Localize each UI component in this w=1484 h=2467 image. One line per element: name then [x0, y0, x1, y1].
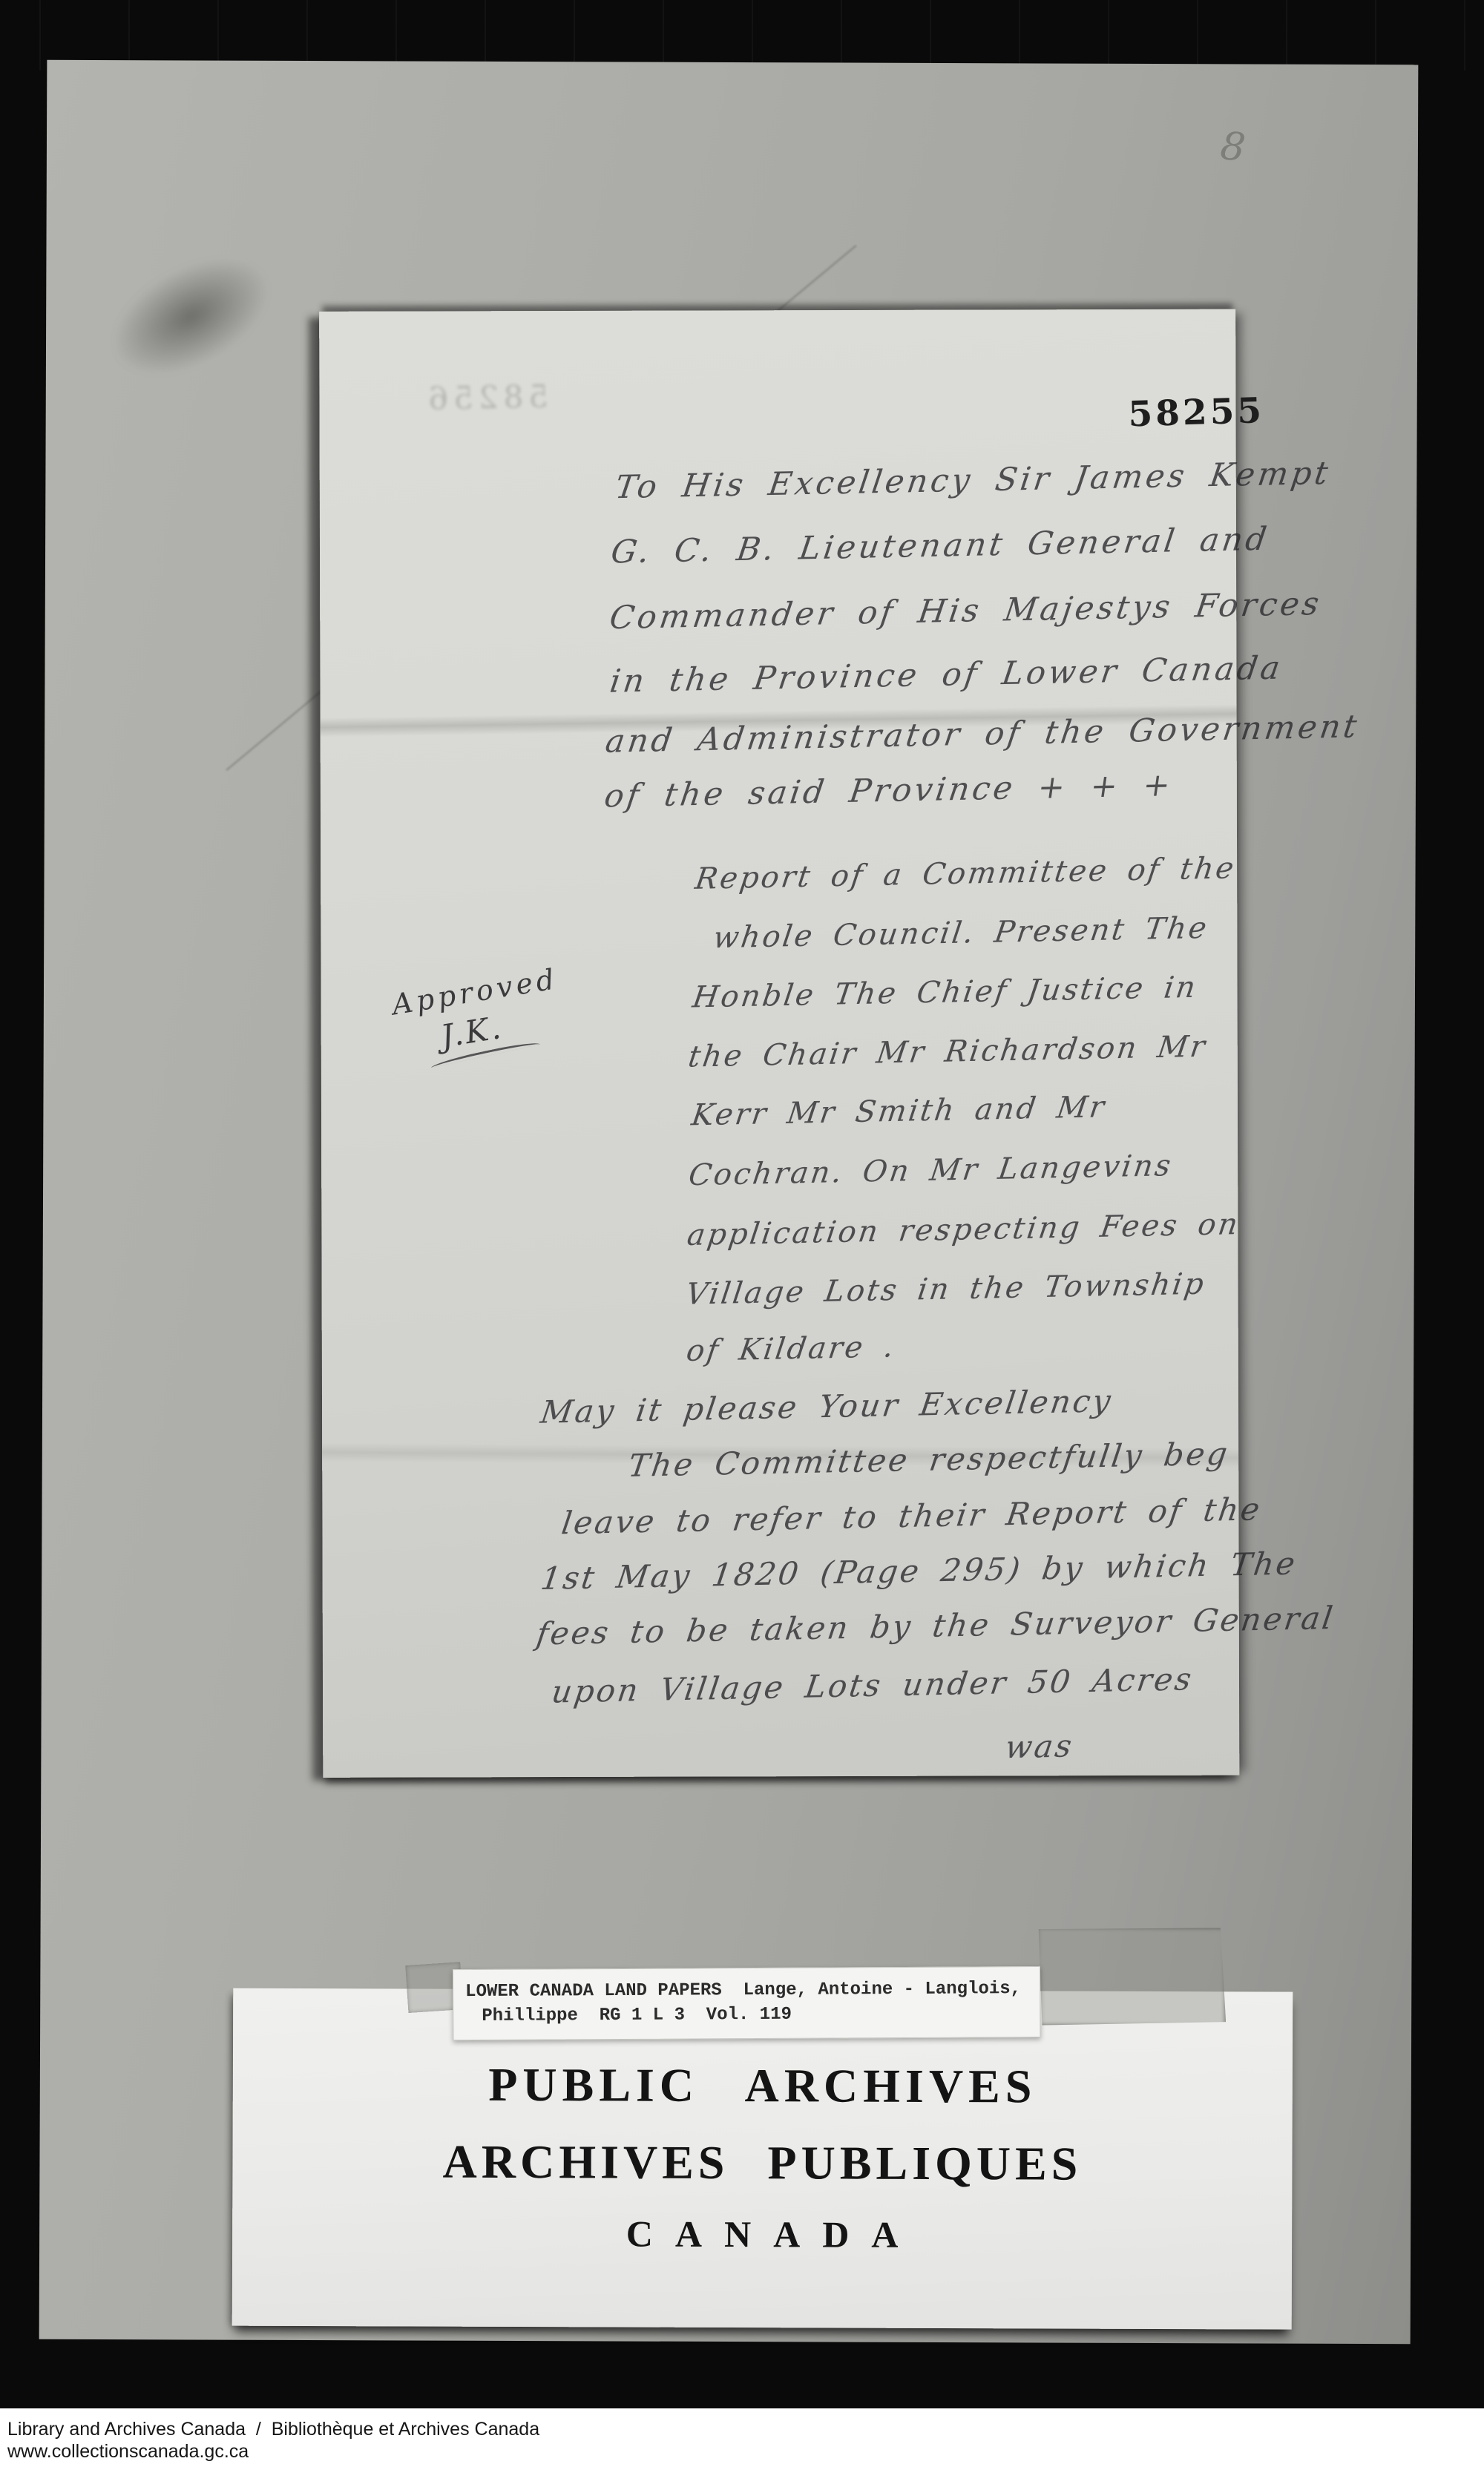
archives-card: PUBLIC ARCHIVES ARCHIVES PUBLIQUES CANAD…: [232, 1988, 1293, 2330]
handwritten-line-address: Commander of His Majestys Forces: [608, 585, 1324, 637]
public-archives-stamp-line: ARCHIVES PUBLIQUES: [232, 2134, 1292, 2192]
scanned-photograph: 8 58256 58255 To His Excellency Sir Jame…: [0, 0, 1484, 2467]
document-paper: 58256 58255 To His Excellency Sir James …: [319, 309, 1239, 1778]
handwritten-line-address: G. C. B. Lieutenant General and: [608, 521, 1272, 571]
handwritten-line-body: upon Village Lots under 50 Acres: [550, 1660, 1196, 1709]
public-archives-stamp-line: CANADA: [232, 2211, 1292, 2258]
handwritten-catchword: was: [1003, 1727, 1077, 1765]
handwritten-line-report: Kerr Mr Smith and Mr: [689, 1090, 1109, 1132]
handwritten-line-body: 1st May 1820 (Page 295) by which The: [539, 1545, 1299, 1597]
handwritten-line-body: The Committee respectfully beg: [626, 1436, 1232, 1484]
reference-label: LOWER CANADA LAND PAPERS Lange, Antoine …: [453, 1966, 1040, 2040]
handwritten-line-report: whole Council. Present The: [711, 911, 1211, 955]
handwritten-line-address: in the Province of Lower Canada: [608, 650, 1285, 700]
handwritten-line-body: fees to be taken by the Surveyor General: [534, 1600, 1337, 1652]
handwritten-line-report: Cochran. On Mr Langevins: [686, 1149, 1175, 1192]
footer-bar: Library and Archives Canada / Bibliothèq…: [0, 2408, 1484, 2467]
handwritten-line-report: Report of a Committee of the: [693, 851, 1238, 896]
photo-backing-sheet: 8 58256 58255 To His Excellency Sir Jame…: [39, 60, 1419, 2344]
handwritten-line-report: the Chair Mr Richardson Mr: [686, 1030, 1209, 1074]
handwritten-line-report: Village Lots in the Township: [684, 1267, 1208, 1312]
footer-credit-line: Library and Archives Canada / Bibliothèq…: [7, 2419, 539, 2440]
smudge-mark: [93, 234, 289, 398]
margin-approval-note: Approved J.K.: [390, 962, 568, 1069]
handwritten-line-report: Honble The Chief Justice in: [691, 970, 1200, 1015]
public-archives-stamp-line: PUBLIC ARCHIVES: [233, 2057, 1293, 2115]
handwritten-line-address: of the said Province + + +: [602, 766, 1175, 815]
handwritten-line-address: To His Excellency Sir James Kempt: [613, 455, 1333, 506]
handwritten-line-report: of Kildare .: [684, 1330, 898, 1368]
handwritten-line-body: leave to refer to their Report of the: [559, 1491, 1264, 1541]
ghost-stamp-number: 58256: [423, 378, 549, 417]
tape-piece: [1034, 1927, 1226, 2026]
handwritten-line-salutation: May it please Your Excellency: [539, 1382, 1115, 1430]
stray-pencil-mark: 8: [1218, 124, 1247, 171]
reference-label-line: Phillippe RG 1 L 3 Vol. 119: [482, 2001, 1040, 2029]
stamp-number: 58255: [1128, 390, 1265, 435]
footer-url: www.collectionscanada.gc.ca: [7, 2441, 249, 2463]
handwritten-line-report: application respecting Fees on: [685, 1207, 1242, 1252]
reference-label-line: LOWER CANADA LAND PAPERS Lange, Antoine …: [465, 1977, 1040, 2004]
